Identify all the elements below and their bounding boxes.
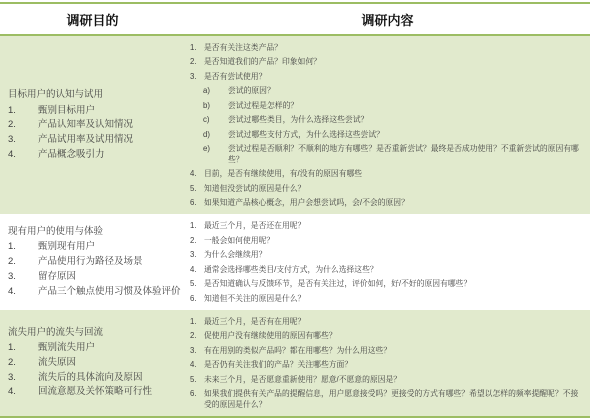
question-item: 1.是否有关注这类产品？ <box>190 43 586 53</box>
purpose-column: 现有用户的使用与体验 1.甄别现有用户 2.产品使用行为路径及场景 3.留存原因… <box>0 214 185 310</box>
item-number: 2. <box>190 331 204 341</box>
purpose-item: 3.产品试用率及试用情况 <box>8 133 181 148</box>
question-item: 2.是否知道我们的产品？印象如何？ <box>190 57 586 67</box>
question-item: 4.是否仍有关注我们的产品？关注哪些方面？ <box>190 360 586 370</box>
question-item: 6.如果我们提供有关产品的提醒信息，用户愿意接受吗？更接受的方式有哪些？希望以怎… <box>190 389 586 410</box>
item-text: 尝试过程是怎样的？ <box>228 101 586 111</box>
question-subitem: a)尝试的原因？ <box>190 86 586 96</box>
question-item: 5.知道但没尝试的原因是什么？ <box>190 184 586 194</box>
item-number: 3. <box>8 133 38 148</box>
item-text: 产品三个触点使用习惯及体验评价 <box>38 285 181 300</box>
question-item: 4.通常会选择哪些类目/支付方式，为什么选择这些？ <box>190 265 586 275</box>
question-subitem: b)尝试过程是怎样的？ <box>190 101 586 111</box>
purpose-item: 1.甄别现有用户 <box>8 240 181 255</box>
content-column: 1.是否有关注这类产品？ 2.是否知道我们的产品？印象如何？ 3.是否有尝试使用… <box>185 36 590 214</box>
purpose-item: 4.回流意愿及关怀策略可行性 <box>8 385 181 400</box>
section-current-users: 现有用户的使用与体验 1.甄别现有用户 2.产品使用行为路径及场景 3.留存原因… <box>0 214 590 310</box>
question-item: 1.最近三个月，是否还在用呢？ <box>190 221 586 231</box>
question-subitem: c)尝试过哪些类目，为什么选择这些尝试？ <box>190 115 586 125</box>
table-header-row: 调研目的 调研内容 <box>0 4 590 34</box>
item-number: 4. <box>8 385 38 400</box>
purpose-item: 4.产品概念吸引力 <box>8 148 181 163</box>
item-letter: d) <box>203 130 228 140</box>
purpose-item: 3.留存原因 <box>8 270 181 285</box>
item-text: 甄别现有用户 <box>38 240 181 255</box>
item-text: 尝试过哪些类目，为什么选择这些尝试？ <box>228 115 586 125</box>
item-number: 1. <box>190 43 204 53</box>
item-letter: e) <box>203 144 228 165</box>
content-column: 1.最近三个月，是否还在用呢？ 2.一般会如何使用呢？ 3.为什么会继续用？ 4… <box>185 214 590 310</box>
question-item: 3.是否有尝试使用？ <box>190 72 586 82</box>
purpose-item: 1.甄别流失用户 <box>8 341 181 356</box>
item-number: 4. <box>190 265 204 275</box>
item-number: 5. <box>190 184 204 194</box>
bottom-border-line <box>0 416 590 418</box>
item-text: 产品使用行为路径及场景 <box>38 255 181 270</box>
item-letter: c) <box>203 115 228 125</box>
item-text: 是否知道确认与反馈环节，是否有关注过，评价如何，好/不好的原因有哪些？ <box>204 279 586 289</box>
item-text: 目前，是否有继续使用，有/没有的原因有哪些 <box>204 169 586 179</box>
item-number: 4. <box>8 285 38 300</box>
item-number: 5. <box>190 375 204 385</box>
section-target-users: 目标用户的认知与试用 1.甄别目标用户 2.产品认知率及认知情况 3.产品试用率… <box>0 36 590 214</box>
item-number: 3. <box>190 346 204 356</box>
item-number: 3. <box>8 270 38 285</box>
item-number: 2. <box>190 236 204 246</box>
item-text: 产品概念吸引力 <box>38 148 181 163</box>
header-research-content: 调研内容 <box>185 10 590 29</box>
content-column: 1.最近三个月，是否有在用呢？ 2.促使用户没有继续使用的原因有哪些？ 3.有在… <box>185 310 590 416</box>
item-number: 5. <box>190 279 204 289</box>
item-text: 未来三个月，是否愿意重新使用？愿意/不愿意的原因是？ <box>204 375 586 385</box>
question-item: 3.有在用别的类似产品吗？都在用哪些？为什么用这些？ <box>190 346 586 356</box>
question-item: 2.促使用户没有继续使用的原因有哪些？ <box>190 331 586 341</box>
section-churned-users: 流失用户的流失与回流 1.甄别流失用户 2.流失原因 3.流失后的具体流向及原因… <box>0 310 590 416</box>
item-text: 为什么会继续用？ <box>204 250 586 260</box>
purpose-item: 1.甄别目标用户 <box>8 104 181 119</box>
question-subitem: d)尝试过哪些支付方式，为什么选择这些尝试？ <box>190 130 586 140</box>
item-text: 甄别流失用户 <box>38 341 181 356</box>
purpose-item: 4.产品三个触点使用习惯及体验评价 <box>8 285 181 300</box>
item-text: 是否知道我们的产品？印象如何？ <box>204 57 586 67</box>
item-text: 是否有尝试使用？ <box>204 72 586 82</box>
item-number: 3. <box>8 371 38 386</box>
item-number: 1. <box>190 221 204 231</box>
purpose-column: 流失用户的流失与回流 1.甄别流失用户 2.流失原因 3.流失后的具体流向及原因… <box>0 310 185 416</box>
item-text: 知道但不关注的原因是什么？ <box>204 294 586 304</box>
header-research-purpose: 调研目的 <box>0 10 185 29</box>
item-text: 促使用户没有继续使用的原因有哪些？ <box>204 331 586 341</box>
purpose-item: 2.产品认知率及认知情况 <box>8 118 181 133</box>
item-text: 产品认知率及认知情况 <box>38 118 181 133</box>
item-text: 流失原因 <box>38 356 181 371</box>
item-text: 有在用别的类似产品吗？都在用哪些？为什么用这些？ <box>204 346 586 356</box>
item-text: 产品试用率及试用情况 <box>38 133 181 148</box>
section-title: 流失用户的流失与回流 <box>8 326 181 341</box>
item-text: 通常会选择哪些类目/支付方式，为什么选择这些？ <box>204 265 586 275</box>
item-number: 3. <box>190 72 204 82</box>
item-number: 2. <box>8 118 38 133</box>
section-title: 现有用户的使用与体验 <box>8 225 181 240</box>
item-number: 1. <box>8 240 38 255</box>
item-number: 6. <box>190 198 204 208</box>
question-item: 4.目前，是否有继续使用，有/没有的原因有哪些 <box>190 169 586 179</box>
item-text: 一般会如何使用呢？ <box>204 236 586 246</box>
item-letter: a) <box>203 86 228 96</box>
question-item: 6.如果知道产品核心概念，用户会想尝试吗，会/不会的原因？ <box>190 198 586 208</box>
question-item: 6.知道但不关注的原因是什么？ <box>190 294 586 304</box>
question-item: 5.未来三个月，是否愿意重新使用？愿意/不愿意的原因是？ <box>190 375 586 385</box>
purpose-item: 2.产品使用行为路径及场景 <box>8 255 181 270</box>
item-text: 知道但没尝试的原因是什么？ <box>204 184 586 194</box>
item-text: 尝试的原因？ <box>228 86 586 96</box>
purpose-item: 3.流失后的具体流向及原因 <box>8 371 181 386</box>
item-text: 是否仍有关注我们的产品？关注哪些方面？ <box>204 360 586 370</box>
item-text: 最近三个月，是否还在用呢？ <box>204 221 586 231</box>
item-text: 留存原因 <box>38 270 181 285</box>
question-item: 1.最近三个月，是否有在用呢？ <box>190 317 586 327</box>
question-item: 5.是否知道确认与反馈环节，是否有关注过，评价如何，好/不好的原因有哪些？ <box>190 279 586 289</box>
question-item: 2.一般会如何使用呢？ <box>190 236 586 246</box>
item-number: 3. <box>190 250 204 260</box>
item-text: 回流意愿及关怀策略可行性 <box>38 385 181 400</box>
item-text: 尝试过程是否顺利？不顺利的地方有哪些？是否重新尝试？最终是否成功使用？不重新尝试… <box>228 144 586 165</box>
item-number: 6. <box>190 389 204 410</box>
item-number: 1. <box>8 341 38 356</box>
item-number: 4. <box>190 360 204 370</box>
research-outline-table: 调研目的 调研内容 目标用户的认知与试用 1.甄别目标用户 2.产品认知率及认知… <box>0 2 590 418</box>
item-text: 尝试过哪些支付方式，为什么选择这些尝试？ <box>228 130 586 140</box>
item-number: 2. <box>190 57 204 67</box>
item-text: 流失后的具体流向及原因 <box>38 371 181 386</box>
item-text: 最近三个月，是否有在用呢？ <box>204 317 586 327</box>
section-title: 目标用户的认知与试用 <box>8 88 181 103</box>
item-number: 1. <box>190 317 204 327</box>
purpose-column: 目标用户的认知与试用 1.甄别目标用户 2.产品认知率及认知情况 3.产品试用率… <box>0 36 185 214</box>
item-number: 1. <box>8 104 38 119</box>
item-number: 2. <box>8 356 38 371</box>
item-letter: b) <box>203 101 228 111</box>
purpose-item: 2.流失原因 <box>8 356 181 371</box>
item-text: 如果知道产品核心概念，用户会想尝试吗，会/不会的原因？ <box>204 198 586 208</box>
question-item: 3.为什么会继续用？ <box>190 250 586 260</box>
item-text: 甄别目标用户 <box>38 104 181 119</box>
item-text: 如果我们提供有关产品的提醒信息，用户愿意接受吗？更接受的方式有哪些？希望以怎样的… <box>204 389 586 410</box>
question-subitem: e)尝试过程是否顺利？不顺利的地方有哪些？是否重新尝试？最终是否成功使用？不重新… <box>190 144 586 165</box>
item-number: 2. <box>8 255 38 270</box>
item-text: 是否有关注这类产品？ <box>204 43 586 53</box>
item-number: 4. <box>190 169 204 179</box>
item-number: 6. <box>190 294 204 304</box>
item-number: 4. <box>8 148 38 163</box>
